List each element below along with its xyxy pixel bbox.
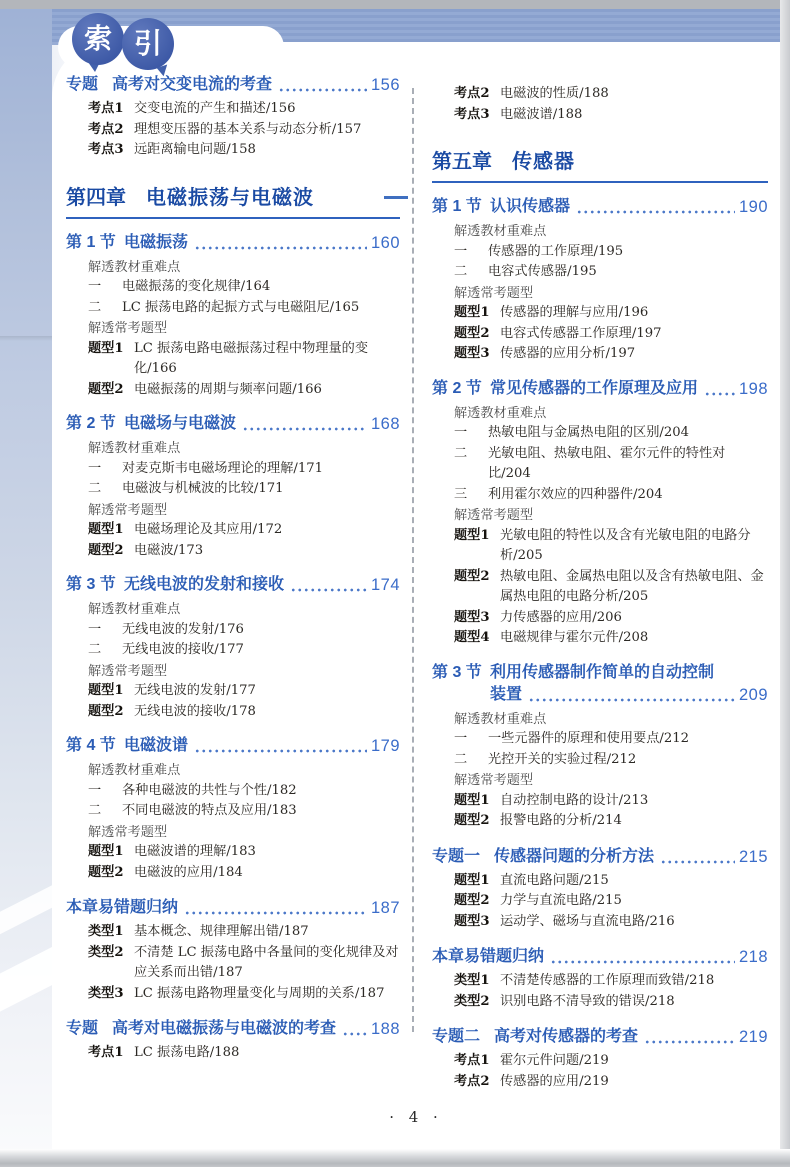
toc-item: 一各种电磁波的共性与个性/182: [88, 781, 400, 802]
item-label: 类型1: [88, 922, 134, 943]
section-body: 无线电波的发射和接收174: [124, 574, 400, 596]
item-text: 光控开关的实验过程/212: [488, 750, 768, 771]
toc-item: 一传感器的工作原理/195: [454, 242, 768, 263]
item-label: 类型1: [454, 971, 500, 992]
page-number: 198: [739, 378, 768, 400]
footer-page-number: · 4 ·: [52, 1108, 780, 1126]
item-text: 一些元器件的原理和使用要点/212: [488, 729, 768, 750]
toc-item: 类型2不清楚 LC 振荡电路中各量间的变化规律及对应关系而出错/187: [88, 943, 400, 984]
toc-subhead: 解透教材重难点: [88, 760, 400, 781]
item-text: 电磁波的应用/184: [134, 863, 400, 884]
index-badge-circle-left: 索: [72, 13, 124, 65]
section-title: 电磁场与电磁波: [124, 413, 236, 435]
item-text: 热敏电阻、金属热电阻以及含有热敏电阻、金属热电阻的电路分析/205: [500, 567, 768, 608]
item-text: 交变电流的产生和描述/156: [134, 99, 400, 120]
chapter-number: 第四章: [66, 187, 126, 209]
scan-edge-top: [0, 0, 790, 9]
page-number: 209: [739, 684, 768, 706]
topic-title: 本章易错题归纳: [66, 897, 178, 919]
item-text: 无线电波的发射/176: [122, 620, 400, 641]
topic-label: 专题: [66, 74, 98, 96]
chapter-heading: 第五章传感器: [432, 145, 768, 183]
item-text: LC 振荡电路的起振方式与电磁阻尼/165: [122, 298, 400, 319]
toc-subhead: 解透常考题型: [454, 770, 768, 791]
section-heading: 第 2 节常见传感器的工作原理及应用198: [432, 378, 768, 400]
toc-subhead: 解透常考题型: [88, 661, 400, 682]
item-label: 题型2: [454, 324, 500, 345]
item-label: 题型1: [454, 871, 500, 892]
toc-subhead: 解透教材重难点: [454, 221, 768, 242]
section-title2: 装置: [490, 684, 522, 706]
toc-subhead: 解透教材重难点: [88, 438, 400, 459]
dot-leader: [194, 747, 367, 754]
item-text: 传感器的理解与应用/196: [500, 303, 768, 324]
section-title: 电磁波谱: [124, 735, 188, 757]
page-number: 156: [371, 74, 400, 96]
section-heading: 第 4 节电磁波谱179: [66, 735, 400, 757]
toc-subhead: 解透教材重难点: [88, 599, 400, 620]
scan-edge-right: [780, 0, 790, 1167]
item-text: 各种电磁波的共性与个性/182: [122, 781, 400, 802]
topic-title: 高考对交变电流的考查: [112, 74, 272, 96]
toc-item: 考点1霍尔元件问题/219: [454, 1051, 768, 1072]
toc-item: 题型2报警电路的分析/214: [454, 811, 768, 832]
item-text: 力传感器的应用/206: [500, 608, 768, 629]
toc-item: 类型1基本概念、规律理解出错/187: [88, 922, 400, 943]
dot-leader: [184, 909, 367, 916]
topic-heading: 专题二高考对传感器的考查219: [432, 1026, 768, 1048]
toc-subhead: 解透教材重难点: [454, 709, 768, 730]
item-text: 利用霍尔效应的四种器件/204: [488, 485, 768, 506]
item-label: 考点1: [454, 1051, 500, 1072]
dot-leader: [644, 1038, 735, 1045]
toc-item: 三利用霍尔效应的四种器件/204: [454, 485, 768, 506]
item-label: 二: [454, 444, 488, 485]
page-number: 174: [371, 574, 400, 596]
toc-subhead: 解透教材重难点: [454, 403, 768, 424]
toc-item: 二不同电磁波的特点及应用/183: [88, 801, 400, 822]
section-title: 利用传感器制作简单的自动控制: [490, 662, 768, 684]
dot-leader: [242, 425, 367, 432]
toc-item: 考点3远距离输电问题/158: [88, 140, 400, 161]
toc-subhead: 解透常考题型: [454, 505, 768, 526]
page-number: 190: [739, 196, 768, 218]
topic-heading: 本章易错题归纳187: [66, 897, 400, 919]
toc-item: 考点2传感器的应用/219: [454, 1072, 768, 1093]
toc-item: 题型4电磁规律与霍尔元件/208: [454, 628, 768, 649]
item-label: 三: [454, 485, 488, 506]
item-text: 电磁规律与霍尔元件/208: [500, 628, 768, 649]
item-text: 霍尔元件问题/219: [500, 1051, 768, 1072]
item-label: 考点2: [454, 1072, 500, 1093]
item-text: 电磁振荡的周期与频率问题/166: [134, 380, 400, 401]
item-label: 题型1: [88, 681, 134, 702]
item-label: 二: [88, 801, 122, 822]
item-text: 电容式传感器工作原理/197: [500, 324, 768, 345]
toc-item: 题型2电磁波/173: [88, 541, 400, 562]
page-number: 219: [739, 1026, 768, 1048]
item-text: 直流电路问题/215: [500, 871, 768, 892]
section-heading: 第 3 节无线电波的发射和接收174: [66, 574, 400, 596]
item-label: 考点2: [88, 120, 134, 141]
chapter-title: 电磁振荡与电磁波: [146, 187, 314, 209]
item-label: 题型1: [454, 303, 500, 324]
section-body: 电磁波谱179: [124, 735, 400, 757]
toc-item: 二LC 振荡电路的起振方式与电磁阻尼/165: [88, 298, 400, 319]
item-text: LC 振荡电路电磁振荡过程中物理量的变化/166: [134, 339, 400, 380]
item-label: 二: [88, 640, 122, 661]
toc-subhead: 解透常考题型: [454, 283, 768, 304]
section-heading: 第 3 节利用传感器制作简单的自动控制装置209: [432, 662, 768, 706]
toc-item: 题型2电磁波的应用/184: [88, 863, 400, 884]
section-heading: 第 1 节电磁振荡160: [66, 232, 400, 254]
toc-item: 一一些元器件的原理和使用要点/212: [454, 729, 768, 750]
item-label: 题型4: [454, 628, 500, 649]
toc-item: 题型2无线电波的接收/178: [88, 702, 400, 723]
item-label: 二: [88, 479, 122, 500]
section-title-row: 认识传感器190: [490, 196, 768, 218]
left-margin-strip: [0, 9, 52, 1154]
page-number: 215: [739, 846, 768, 868]
item-text: 无线电波的发射/177: [134, 681, 400, 702]
toc-subhead: 解透常考题型: [88, 318, 400, 339]
item-text: 电磁波与机械波的比较/171: [122, 479, 400, 500]
section-title-row: 电磁波谱179: [124, 735, 400, 757]
section-number: 第 1 节: [432, 196, 490, 218]
toc-item: 二电磁波与机械波的比较/171: [88, 479, 400, 500]
column-divider: [412, 88, 414, 1032]
page-number: 188: [371, 1018, 400, 1040]
page-number: 160: [371, 232, 400, 254]
index-badge-circle-right: 引: [122, 18, 174, 70]
section-title: 无线电波的发射和接收: [124, 574, 284, 596]
section-title: 常见传感器的工作原理及应用: [490, 378, 698, 400]
dot-leader: [704, 390, 735, 397]
item-text: 光敏电阻的特性以及含有光敏电阻的电路分析/205: [500, 526, 768, 567]
section-number: 第 1 节: [66, 232, 124, 254]
item-text: LC 振荡电路物理量变化与周期的关系/187: [134, 984, 400, 1005]
topic-heading: 本章易错题归纳218: [432, 946, 768, 968]
item-text: 电磁波谱的理解/183: [134, 842, 400, 863]
item-label: 题型3: [454, 608, 500, 629]
dot-leader: [528, 696, 735, 703]
toc-item: 题型3力传感器的应用/206: [454, 608, 768, 629]
toc-item: 二电容式传感器/195: [454, 262, 768, 283]
toc-item: 类型1不清楚传感器的工作原理而致错/218: [454, 971, 768, 992]
dot-leader: [194, 244, 367, 251]
section-number: 第 4 节: [66, 735, 124, 757]
item-text: 无线电波的接收/177: [122, 640, 400, 661]
topic-label: 专题一: [432, 846, 480, 868]
item-text: 对麦克斯韦电磁场理论的理解/171: [122, 459, 400, 480]
toc-item: 一对麦克斯韦电磁场理论的理解/171: [88, 459, 400, 480]
toc-item: 考点3电磁波谱/188: [454, 105, 768, 126]
dot-leader: [290, 586, 367, 593]
item-text: 传感器的应用分析/197: [500, 344, 768, 365]
item-text: 传感器的工作原理/195: [488, 242, 768, 263]
item-label: 题型1: [454, 526, 500, 567]
item-text: 运动学、磁场与直流电路/216: [500, 912, 768, 933]
item-label: 题型2: [88, 541, 134, 562]
item-label: 题型2: [454, 891, 500, 912]
topic-title: 传感器问题的分析方法: [494, 846, 654, 868]
page-number: 218: [739, 946, 768, 968]
item-text: 电磁波/173: [134, 541, 400, 562]
section-title-row: 无线电波的发射和接收174: [124, 574, 400, 596]
item-label: 考点2: [454, 84, 500, 105]
toc-item: 二无线电波的接收/177: [88, 640, 400, 661]
item-text: 不清楚 LC 振荡电路中各量间的变化规律及对应关系而出错/187: [134, 943, 400, 984]
toc-item: 考点1LC 振荡电路/188: [88, 1043, 400, 1064]
section-heading: 第 1 节认识传感器190: [432, 196, 768, 218]
item-text: 无线电波的接收/178: [134, 702, 400, 723]
item-label: 题型1: [454, 791, 500, 812]
section-title: 电磁振荡: [124, 232, 188, 254]
toc-item: 考点2理想变压器的基本关系与动态分析/157: [88, 120, 400, 141]
item-label: 类型2: [88, 943, 134, 984]
section-title-continued: 装置209: [490, 684, 768, 706]
topic-label: 专题二: [432, 1026, 480, 1048]
section-body: 常见传感器的工作原理及应用198: [490, 378, 768, 400]
item-text: 光敏电阻、热敏电阻、霍尔元件的特性对比/204: [488, 444, 768, 485]
item-label: 题型2: [454, 567, 500, 608]
toc-item: 考点1交变电流的产生和描述/156: [88, 99, 400, 120]
item-label: 一: [454, 423, 488, 444]
item-label: 题型3: [454, 912, 500, 933]
item-label: 一: [454, 242, 488, 263]
topic-heading: 专题高考对交变电流的考查156: [66, 74, 400, 96]
item-label: 题型3: [454, 344, 500, 365]
item-label: 一: [88, 620, 122, 641]
item-label: 一: [88, 459, 122, 480]
scanned-book-page: 索 引 专题高考对交变电流的考查156考点1交变电流的产生和描述/156考点2理…: [0, 0, 790, 1167]
item-label: 题型2: [88, 380, 134, 401]
page-number: 168: [371, 413, 400, 435]
dot-leader: [278, 86, 367, 93]
toc-item: 题型2电磁振荡的周期与频率问题/166: [88, 380, 400, 401]
toc-item: 类型3LC 振荡电路物理量变化与周期的关系/187: [88, 984, 400, 1005]
toc-subhead: 解透常考题型: [88, 500, 400, 521]
toc-column-left: 专题高考对交变电流的考查156考点1交变电流的产生和描述/156考点2理想变压器…: [66, 74, 400, 1064]
page-number: 179: [371, 735, 400, 757]
toc-item: 考点2电磁波的性质/188: [454, 84, 768, 105]
item-text: 理想变压器的基本关系与动态分析/157: [134, 120, 400, 141]
item-text: 基本概念、规律理解出错/187: [134, 922, 400, 943]
toc-item: 题型2力学与直流电路/215: [454, 891, 768, 912]
section-body: 利用传感器制作简单的自动控制装置209: [490, 662, 768, 706]
toc-subhead: 解透教材重难点: [88, 257, 400, 278]
item-label: 题型1: [88, 520, 134, 541]
toc-item: 一热敏电阻与金属热电阻的区别/204: [454, 423, 768, 444]
item-label: 考点1: [88, 99, 134, 120]
section-title: 认识传感器: [490, 196, 570, 218]
item-text: LC 振荡电路/188: [134, 1043, 400, 1064]
item-text: 报警电路的分析/214: [500, 811, 768, 832]
item-label: 一: [88, 781, 122, 802]
dot-leader: [342, 1030, 367, 1037]
item-label: 一: [88, 277, 122, 298]
dot-leader: [660, 858, 735, 865]
toc-item: 题型1电磁场理论及其应用/172: [88, 520, 400, 541]
toc-item: 题型3运动学、磁场与直流电路/216: [454, 912, 768, 933]
item-text: 自动控制电路的设计/213: [500, 791, 768, 812]
toc-item: 一电磁振荡的变化规律/164: [88, 277, 400, 298]
toc-item: 题型1电磁波谱的理解/183: [88, 842, 400, 863]
item-text: 电磁振荡的变化规律/164: [122, 277, 400, 298]
chapter-heading: 第四章电磁振荡与电磁波: [66, 181, 400, 219]
toc-item: 二光控开关的实验过程/212: [454, 750, 768, 771]
item-text: 电容式传感器/195: [488, 262, 768, 283]
item-text: 传感器的应用/219: [500, 1072, 768, 1093]
topic-heading: 专题一传感器问题的分析方法215: [432, 846, 768, 868]
page-number: 187: [371, 897, 400, 919]
item-text: 不清楚传感器的工作原理而致错/218: [500, 971, 768, 992]
toc-item: 题型1光敏电阻的特性以及含有光敏电阻的电路分析/205: [454, 526, 768, 567]
item-text: 力学与直流电路/215: [500, 891, 768, 912]
dot-leader: [550, 958, 735, 965]
section-number: 第 3 节: [432, 662, 490, 706]
item-text: 电磁波的性质/188: [500, 84, 768, 105]
topic-heading: 专题高考对电磁振荡与电磁波的考查188: [66, 1018, 400, 1040]
topic-title: 本章易错题归纳: [432, 946, 544, 968]
section-heading: 第 2 节电磁场与电磁波168: [66, 413, 400, 435]
toc-item: 题型2电容式传感器工作原理/197: [454, 324, 768, 345]
scan-edge-bottom: [0, 1149, 790, 1167]
toc-item: 题型2热敏电阻、金属热电阻以及含有热敏电阻、金属热电阻的电路分析/205: [454, 567, 768, 608]
item-label: 题型2: [454, 811, 500, 832]
item-text: 电磁场理论及其应用/172: [134, 520, 400, 541]
chapter-title: 传感器: [512, 151, 575, 173]
item-label: 二: [88, 298, 122, 319]
toc-item: 题型1自动控制电路的设计/213: [454, 791, 768, 812]
toc-item: 题型1直流电路问题/215: [454, 871, 768, 892]
item-label: 考点3: [88, 140, 134, 161]
item-label: 题型1: [88, 842, 134, 863]
item-text: 远距离输电问题/158: [134, 140, 400, 161]
toc-item: 题型1无线电波的发射/177: [88, 681, 400, 702]
section-number: 第 3 节: [66, 574, 124, 596]
section-title-row: 电磁场与电磁波168: [124, 413, 400, 435]
dot-leader: [576, 208, 735, 215]
item-label: 考点1: [88, 1043, 134, 1064]
item-label: 题型2: [88, 863, 134, 884]
toc-item: 类型2识别电路不清导致的错误/218: [454, 992, 768, 1013]
toc-item: 二光敏电阻、热敏电阻、霍尔元件的特性对比/204: [454, 444, 768, 485]
item-text: 热敏电阻与金属热电阻的区别/204: [488, 423, 768, 444]
toc-item: 题型1传感器的理解与应用/196: [454, 303, 768, 324]
section-title-row: 常见传感器的工作原理及应用198: [490, 378, 768, 400]
item-label: 题型1: [88, 339, 134, 380]
toc-column-right: 考点2电磁波的性质/188考点3电磁波谱/188第五章传感器第 1 节认识传感器…: [432, 84, 768, 1092]
section-number: 第 2 节: [432, 378, 490, 400]
toc-item: 题型1LC 振荡电路电磁振荡过程中物理量的变化/166: [88, 339, 400, 380]
topic-label: 专题: [66, 1018, 98, 1040]
item-label: 二: [454, 262, 488, 283]
topic-title: 高考对电磁振荡与电磁波的考查: [112, 1018, 336, 1040]
item-label: 类型2: [454, 992, 500, 1013]
chapter-number: 第五章: [432, 151, 492, 173]
toc-item: 一无线电波的发射/176: [88, 620, 400, 641]
item-text: 识别电路不清导致的错误/218: [500, 992, 768, 1013]
topic-title: 高考对传感器的考查: [494, 1026, 638, 1048]
item-label: 考点3: [454, 105, 500, 126]
section-body: 电磁场与电磁波168: [124, 413, 400, 435]
toc-item: 题型3传感器的应用分析/197: [454, 344, 768, 365]
item-label: 题型2: [88, 702, 134, 723]
item-text: 电磁波谱/188: [500, 105, 768, 126]
item-label: 二: [454, 750, 488, 771]
toc-subhead: 解透常考题型: [88, 822, 400, 843]
item-label: 一: [454, 729, 488, 750]
section-body: 认识传感器190: [490, 196, 768, 218]
section-title-row: 电磁振荡160: [124, 232, 400, 254]
section-number: 第 2 节: [66, 413, 124, 435]
section-body: 电磁振荡160: [124, 232, 400, 254]
item-text: 不同电磁波的特点及应用/183: [122, 801, 400, 822]
item-label: 类型3: [88, 984, 134, 1005]
